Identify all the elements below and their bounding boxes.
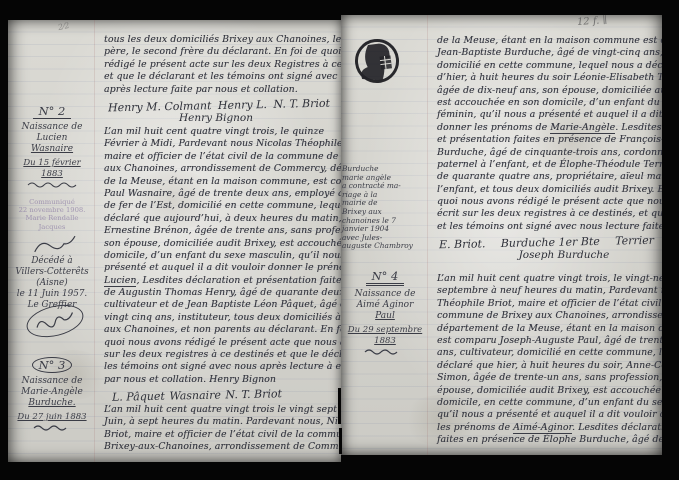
handwritten-line: L’an mil huit cent quatre vingt trois, l… xyxy=(104,126,341,138)
handwritten-line: déclaré que aujourd’hui, à deux heures d… xyxy=(104,213,341,225)
act3-margin-date: Du 27 juin 1883 xyxy=(12,412,92,423)
act4-body: L’an mil huit cent quatre vingt trois, l… xyxy=(437,273,662,446)
handwritten-line: l’enfant, et tous deux domiciliés audit … xyxy=(437,184,662,196)
handwritten-line: maire et officier de l’état civil de la … xyxy=(104,151,341,163)
death-note-line: Villers-Cotterêts (Aisne) xyxy=(12,267,92,289)
act4-margin-date: Du 29 septembre 1883 xyxy=(345,325,425,347)
death-note-line: le 11 Juin 1957. xyxy=(12,289,92,300)
act2-body: L’an mil huit cent quatre vingt trois, l… xyxy=(104,126,341,386)
handwritten-line: Paul Wasnaire, âgé de trente deux ans, e… xyxy=(104,188,341,200)
act4-margin-note: N° 4 Naissance deAimé AginorPaul Du 29 s… xyxy=(345,265,425,355)
act-number-wrap: N° 4 xyxy=(345,265,425,289)
signature: E. Briot. xyxy=(439,237,486,251)
margin-signature-flourish-icon xyxy=(31,234,79,256)
handwritten-line: les témoins ont signé avec nous après le… xyxy=(104,361,341,373)
signature: N. T. Briot xyxy=(273,97,330,111)
handwritten-line: qu’il nous a présenté et auquel il a dit… xyxy=(437,409,662,421)
handwritten-line: épouse, domiciliée audit Brixey, est acc… xyxy=(437,385,662,397)
handwritten-line: de la Meuse, étant en la maison commune,… xyxy=(104,176,341,188)
handwritten-line: est comparu Joseph-Auguste Paul, âgé de … xyxy=(437,335,662,347)
right-page: 12 f. ∥ Burduchemarie angèlea contracté … xyxy=(341,15,662,455)
handwritten-line: paternel à l’enfant, et de Élophe-Théodu… xyxy=(437,159,662,171)
archive-stamp-icon xyxy=(350,32,404,89)
right-text-column: de la Meuse, étant en la maison commune … xyxy=(429,15,662,455)
signature: Burduche 1er Bte xyxy=(501,235,600,250)
handwritten-line: son épouse, domiciliée audit Brixey, est… xyxy=(104,238,341,250)
act1-signature-center: Henry Bignon xyxy=(156,112,276,124)
handwritten-line: et que le déclarant et les témoins ont s… xyxy=(104,71,341,83)
handwritten-line: quoi nous avons rédigé le présent acte q… xyxy=(437,196,662,208)
scanned-register-spread: 2⁄2 N° 2 Naissance deLucienWasnaire Du 1… xyxy=(0,0,679,480)
handwritten-line: Février à Midi, Pardevant nous Nicolas T… xyxy=(104,138,341,150)
handwritten-line: Burduche, âgé de cinquante-trois ans, co… xyxy=(437,147,662,159)
underlined-name: Lucien xyxy=(104,275,136,287)
handwritten-line: féminin, qu’il nous a présenté et auquel… xyxy=(437,109,662,121)
handwritten-line: département de la Meuse, étant en la mai… xyxy=(437,323,662,335)
handwritten-line: d’hier, à huit heures du soir Léonie-Eli… xyxy=(437,72,662,84)
signature: N. T. Briot xyxy=(225,387,282,401)
handwritten-line: L’an mil huit cent quatre vingt trois, l… xyxy=(437,273,662,285)
handwritten-line: les prénoms de Aimé-Aginor. Lesdites déc… xyxy=(437,422,662,434)
spine-mark xyxy=(339,428,342,454)
act4-margin-names: Naissance deAimé AginorPaul xyxy=(345,289,425,322)
act2-margin-date: Du 15 février 1883 xyxy=(12,158,92,180)
handwritten-line: est accouchée en son domicile, d’un enfa… xyxy=(437,97,662,109)
act3-margin-note: N° 3 Naissance deMarie-AngèleBurduche. D… xyxy=(12,354,92,431)
handwritten-line: de quarante quatre ans, propriétaire, aï… xyxy=(437,171,662,183)
handwritten-line: après lecture faite par nous et collatio… xyxy=(104,84,341,96)
handwritten-line: ans, cultivateur, domicilié en cette com… xyxy=(437,347,662,359)
handwritten-line: domicile, d’un enfant du sexe masculin, … xyxy=(104,250,341,262)
pencil-scribble: 2⁄2 xyxy=(57,21,70,32)
act3-number: N° 3 xyxy=(32,357,73,373)
handwritten-line: cultivateur et de Jean Baptiste Léon Pâq… xyxy=(104,299,341,311)
handwritten-line: âgée de dix-neuf ans, son épouse, domici… xyxy=(437,85,662,97)
handwritten-line: domicile, en cette commune, d’un enfant … xyxy=(437,397,662,409)
handwritten-line: L’an mil huit cent quatre vingt trois le… xyxy=(104,404,341,416)
flourish-squiggle-icon xyxy=(32,424,72,431)
margin-rule xyxy=(94,20,95,462)
margin-name-line: Marie-Angèle xyxy=(12,387,92,398)
marriage-mention-note: Burduchemarie angèlea contracté ma-riage… xyxy=(342,165,428,251)
act2-margin-names: Naissance deLucienWasnaire xyxy=(12,122,92,155)
handwritten-line: aux Chanoines, et non parents au déclara… xyxy=(104,324,341,336)
handwritten-line: Ernestine Brénon, âgée de trente ans, sa… xyxy=(104,225,341,237)
signature: L. Pâquet xyxy=(112,390,165,404)
handwritten-line: tous les deux domiciliés Brixey aux Chan… xyxy=(104,34,341,46)
handwritten-line: aux Chanoines, arrondissement de Commerc… xyxy=(104,163,341,175)
margin-name-line: Paul xyxy=(345,311,425,322)
margin-name-line: Naissance de xyxy=(12,122,92,133)
act-number-wrap: N° 2 xyxy=(12,100,92,122)
marriage-note-line: auguste Chambroy xyxy=(342,242,428,251)
handwritten-line: Briot, maire et officier de l’état civil… xyxy=(104,429,341,441)
signature: Henry L. xyxy=(218,98,267,112)
handwritten-line: sur les deux registres à ce destinés et … xyxy=(104,349,341,361)
stamp-note-line: 22 novembre 1908. xyxy=(12,206,92,214)
act3-margin-names: Naissance deMarie-AngèleBurduche. xyxy=(12,376,92,409)
handwritten-line: faites en présence de Élophe Burduche, â… xyxy=(437,434,662,446)
signature: Wasnaire xyxy=(169,389,221,403)
act2-signatures: L. PâquetWasnaireN. T. Briot xyxy=(112,387,282,404)
underlined-name: Marie-Angèle xyxy=(550,122,615,134)
handwritten-line: Jean-Baptiste Burduche, âgé de vingt-cin… xyxy=(437,47,662,59)
act3-cont-body: de la Meuse, étant en la maison commune … xyxy=(437,35,662,233)
stamp-note-line: Jacques xyxy=(12,223,92,231)
left-text-column: tous les deux domiciliés Brixey aux Chan… xyxy=(96,20,341,462)
stamp-note-lines: Communiqué22 novembre 1908.Marie Rendall… xyxy=(12,198,92,231)
act3-start-body: L’an mil huit cent quatre vingt trois le… xyxy=(104,404,341,454)
signature: Terrier xyxy=(615,234,654,248)
handwritten-line: père, le second frère du déclarant. En f… xyxy=(104,46,341,58)
margin-name-line: Burduche. xyxy=(12,398,92,409)
marriage-note-lines: Burduchemarie angèlea contracté ma-riage… xyxy=(342,165,428,251)
handwritten-line: donner les prénoms de Marie-Angèle. Lesd… xyxy=(437,122,662,134)
margin-name-line: Naissance de xyxy=(345,289,425,300)
handwritten-line: rédigé le présent acte sur les deux Regi… xyxy=(104,59,341,71)
act2-margin-note: N° 2 Naissance deLucienWasnaire Du 15 fé… xyxy=(12,100,92,188)
handwritten-line: quoi nous avons rédigé le présent acte q… xyxy=(104,337,341,349)
handwritten-line: écrit sur les deux registres à ce destin… xyxy=(437,208,662,220)
handwritten-line: commune de Brixey aux Chanoines, arrondi… xyxy=(437,310,662,322)
stamp-note-line: Communiqué xyxy=(12,198,92,206)
spine-mark xyxy=(338,388,341,424)
handwritten-line: de fer de l’Est, domicilié en cette comm… xyxy=(104,200,341,212)
death-note-lines: Décédé àVillers-Cotterêts (Aisne)le 11 J… xyxy=(12,256,92,311)
handwritten-line: par nous et collation. Henry Bignon xyxy=(104,374,341,386)
act4-number: N° 4 xyxy=(366,269,405,286)
underlined-name: Aimé-Aginor xyxy=(513,422,572,434)
death-note-line: Décédé à xyxy=(12,256,92,267)
handwritten-line: septembre à neuf heures du matin, Pardev… xyxy=(437,285,662,297)
handwritten-line: Juin, à sept heures du matin. Pardevant … xyxy=(104,416,341,428)
handwritten-line: de la Meuse, étant en la maison commune … xyxy=(437,35,662,47)
handwritten-line: Lucien, Lesdites déclaration et présenta… xyxy=(104,275,341,287)
handwritten-line: déclaré que hier, à huit heures du soir,… xyxy=(437,360,662,372)
act-number-wrap: N° 3 xyxy=(12,354,92,376)
act3-signature-center: Joseph Burduche xyxy=(499,249,629,261)
act2-number: N° 2 xyxy=(33,104,72,119)
margin-name-line: Naissance de xyxy=(12,376,92,387)
handwritten-line: et les témoins ont signé avec nous lectu… xyxy=(437,221,662,233)
stamp-note-line: Marie Rendalle xyxy=(12,214,92,222)
handwritten-line: Brixey-aux-Chanoines, arrondissement de … xyxy=(104,441,341,453)
left-page: 2⁄2 N° 2 Naissance deLucienWasnaire Du 1… xyxy=(8,20,341,462)
handwritten-line: et présentation faites en présence de Fr… xyxy=(437,134,662,146)
margin-name-line: Aimé Aginor xyxy=(345,300,425,311)
margin-name-line: Lucien xyxy=(12,133,92,144)
handwritten-line: présenté et auquel il a dit vouloir donn… xyxy=(104,262,341,274)
act1-end-body: tous les deux domiciliés Brixey aux Chan… xyxy=(104,34,341,96)
flourish-squiggle-icon xyxy=(26,181,78,188)
handwritten-line: domicilié en cette commune, lequel nous … xyxy=(437,60,662,72)
handwritten-line: vingt cinq ans, instituteur, tous deux d… xyxy=(104,312,341,324)
handwritten-line: Simon, âgée de trente-un ans, sans profe… xyxy=(437,372,662,384)
death-mention-note: Décédé àVillers-Cotterêts (Aisne)le 11 J… xyxy=(12,256,92,311)
flourish-squiggle-icon xyxy=(363,348,407,355)
signature-scribble-icon xyxy=(32,308,79,334)
margin-name-line: Wasnaire xyxy=(12,144,92,155)
handwritten-line: Théophile Briot, maire et officier de l’… xyxy=(437,298,662,310)
faded-marriage-stamp: Communiqué22 novembre 1908.Marie Rendall… xyxy=(12,198,92,231)
handwritten-line: de Augustin Thomas Henry, âgé de quarant… xyxy=(104,287,341,299)
